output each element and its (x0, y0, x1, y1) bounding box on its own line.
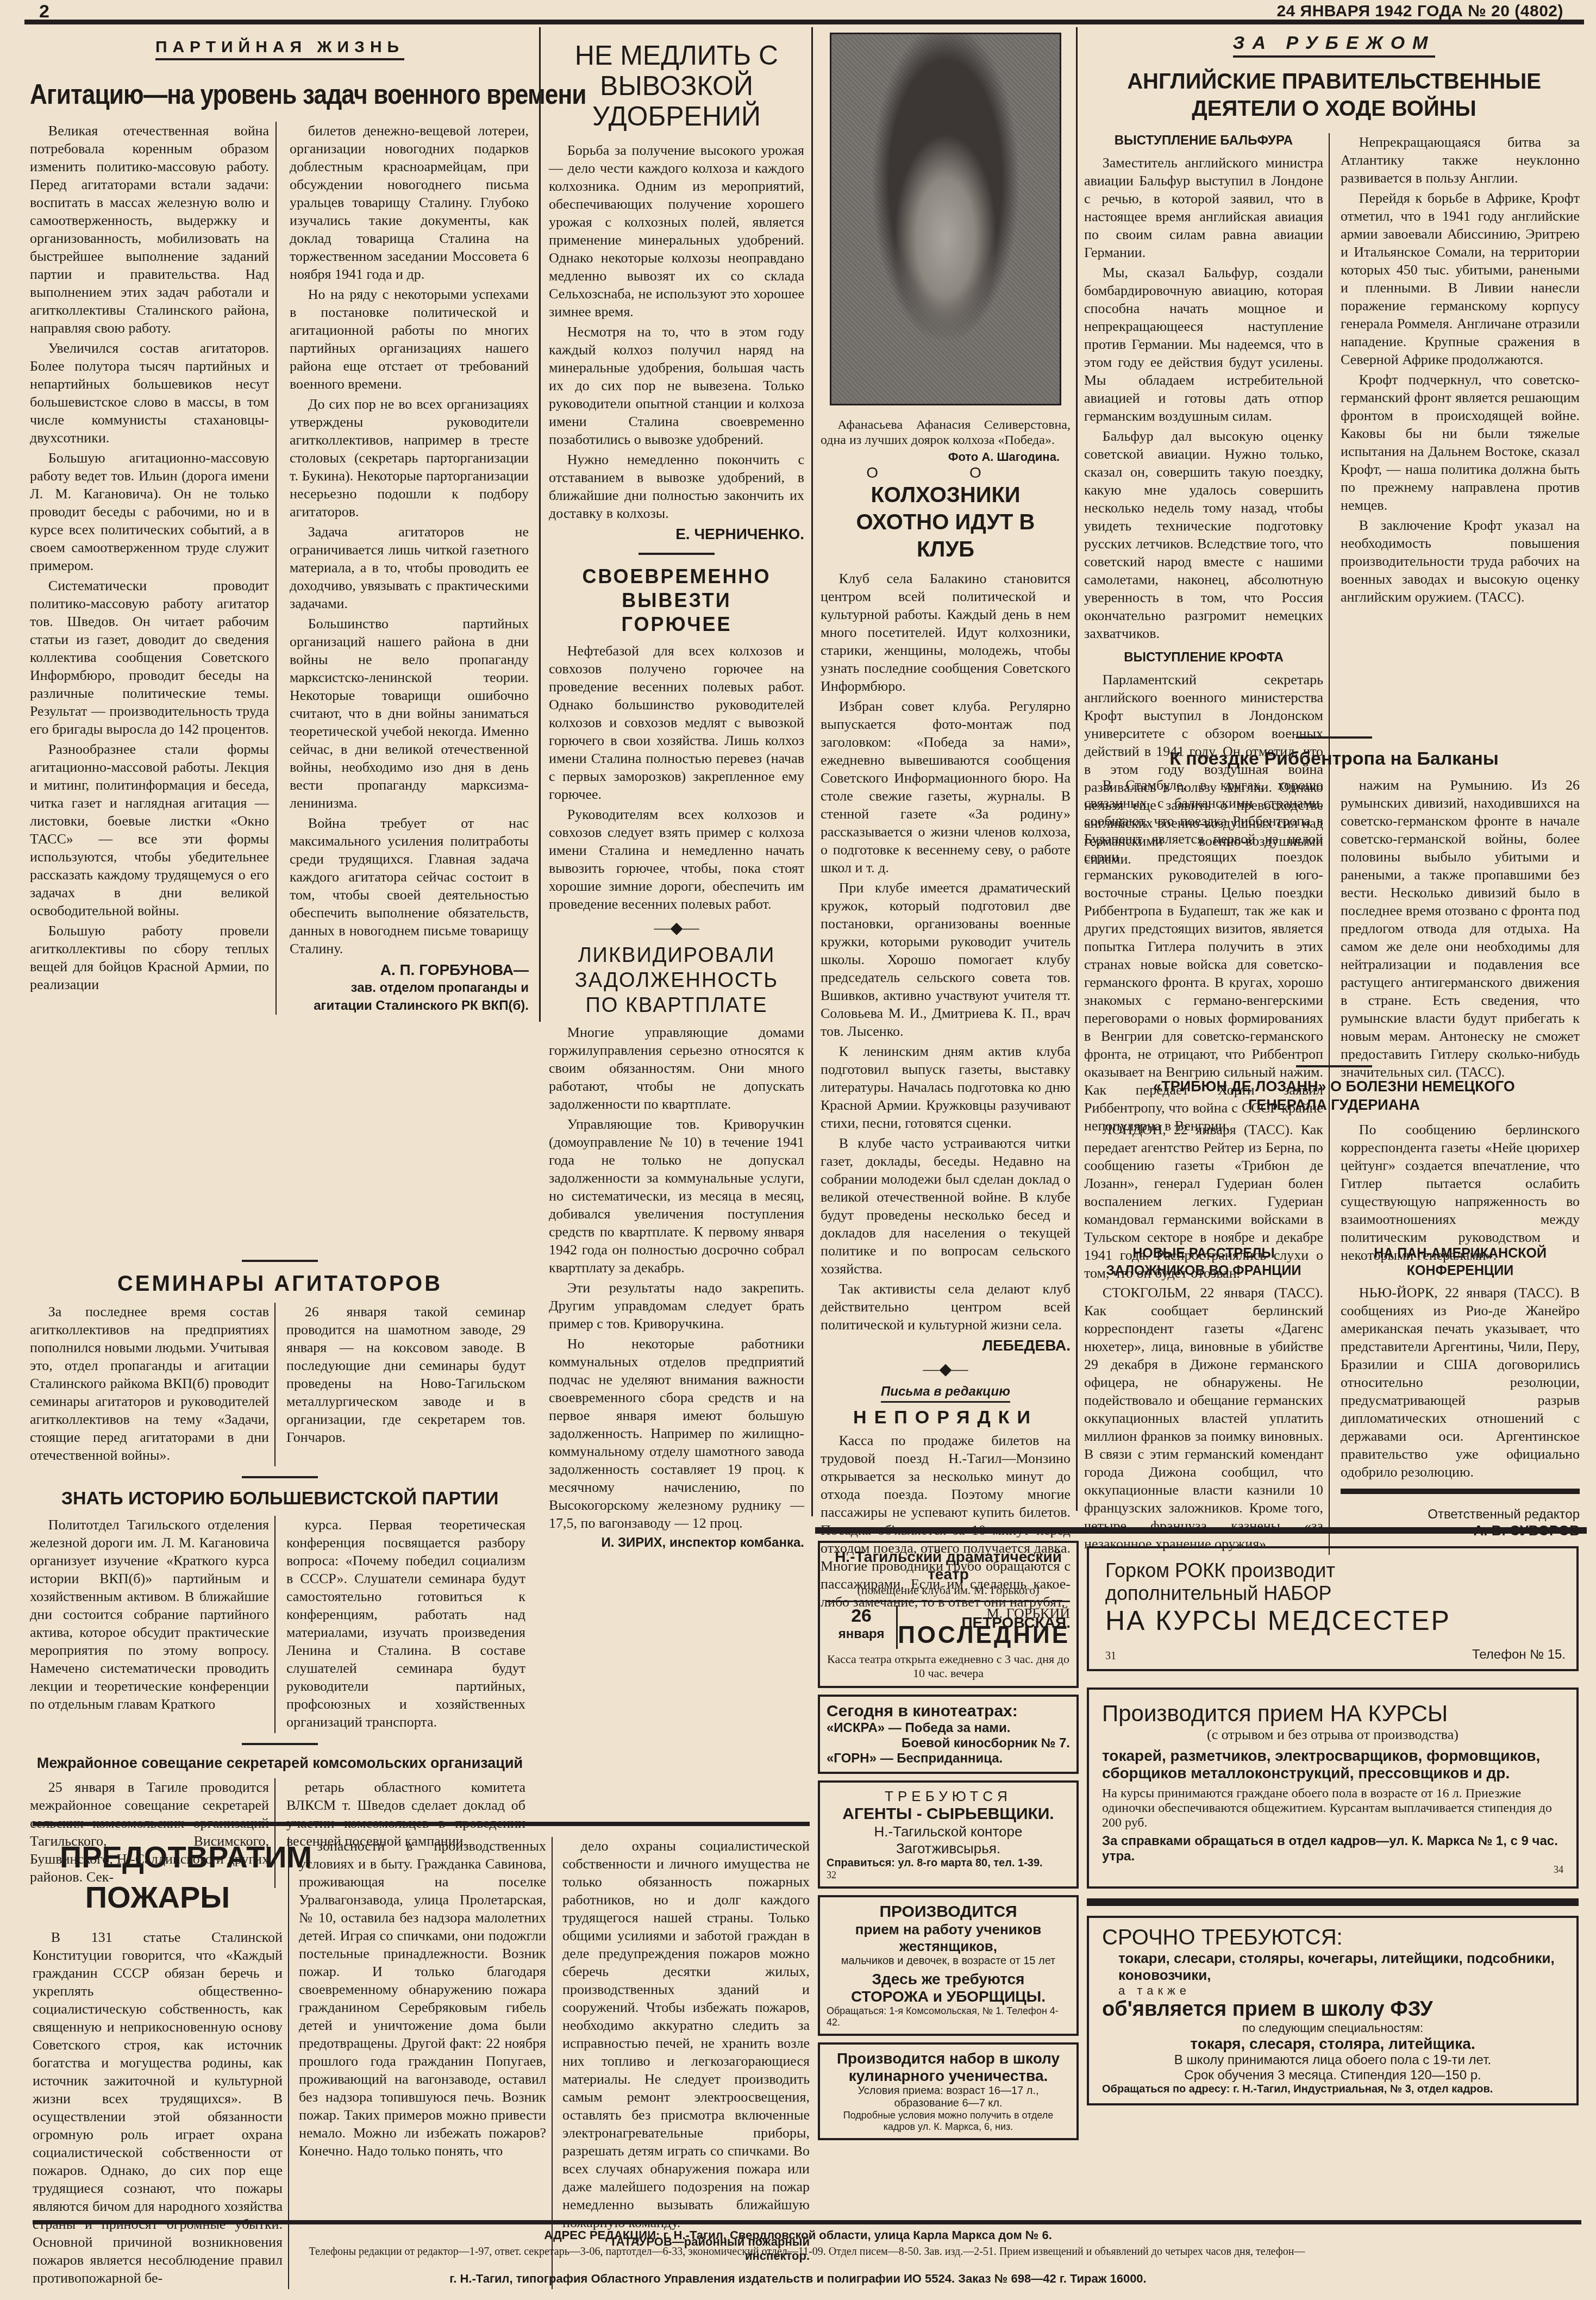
urgent-trades: токари, слесари, столяры, кочегары, лите… (1102, 1950, 1563, 1984)
cinema-line3: «ГОРН» — Бесприданница. (827, 1751, 1070, 1766)
tinsmiths-line2: мальчиков и девочек, в возрасте от 15 ле… (827, 1955, 1070, 1967)
debt-body: Многие управляющие домами горжилуправлен… (549, 1023, 804, 1532)
culinary-title: Производится набор в школу кулинарного у… (827, 2050, 1070, 2085)
tinsmiths-contact: Обращаться: 1-я Комсомольская, № 1. Теле… (827, 2005, 1070, 2028)
ad-nurses: Горком РОКК производит дополнительный НА… (1087, 1546, 1579, 1671)
urgent-title: СРОЧНО ТРЕБУЮТСЯ: (1102, 1926, 1563, 1950)
urgent-age: В школу принимаются лица обоего пола с 1… (1102, 2053, 1563, 2068)
history-col1: Политотдел Тагильского отделения железно… (30, 1516, 269, 1713)
signature-role: зав. отделом пропаганды и агитации Стали… (290, 979, 529, 1015)
urgent-by: по следующим специальностям: (1102, 2021, 1563, 2035)
headline-history: ЗНАТЬ ИСТОРИЮ БОЛЬШЕВИСТСКОЙ ПАРТИИ (30, 1488, 530, 1509)
fires-col3: дело охраны социалистической собственнос… (562, 1837, 810, 2232)
farm-column: НЕ МЕДЛИТЬ С ВЫВОЗКОЙ УДОБРЕНИЙ Борьба з… (549, 33, 804, 1551)
tinsmiths-title: ПРОИЗВОДИТСЯ (827, 1903, 1070, 1921)
party-life-col1: Великая отечественная война потребовала … (30, 122, 277, 1015)
courses-contact: За справками обращаться в отдел кадров—у… (1102, 1834, 1563, 1864)
column-divider (811, 27, 813, 1516)
ad-tinsmiths: ПРОИЗВОДИТСЯ прием на работу учеников же… (818, 1895, 1079, 2036)
ad-courses: Производится прием НА КУРСЫ (с отрывом и… (1087, 1687, 1579, 1889)
nurses-line3: НА КУРСЫ МЕДСЕСТЕР (1105, 1605, 1560, 1636)
party-life-section: ПАРТИЙНАЯ ЖИЗНЬ Агитацию—на уровень зада… (30, 33, 530, 1015)
tinsmiths-line4: СТОРОЖА и УБОРЩИЦЫ. (827, 1988, 1070, 2005)
agents-top: ТРЕБУЮТСЯ (827, 1788, 1070, 1805)
agents-title: АГЕНТЫ - СЫРЬЕВЩИКИ. (827, 1805, 1070, 1823)
ads-top-rule (815, 1527, 1587, 1534)
courses-terms: На курсы принимаются граждане обоего пол… (1102, 1786, 1563, 1830)
ads-left-stack: Н.-Тагильский драматический театр (помещ… (818, 1541, 1079, 2140)
headline-british-leaders: АНГЛИЙСКИЕ ПРАВИТЕЛЬСТВЕННЫЕ ДЕЯТЕЛИ О Х… (1095, 68, 1573, 122)
courses-title: Производится прием НА КУРСЫ (1102, 1701, 1563, 1727)
ad-cinema: Сегодня в кинотеатрах: «ИСКРА» — Победа … (818, 1695, 1079, 1774)
theater-date-month: января (827, 1627, 896, 1642)
editor-label: Ответственный редактор (1341, 1507, 1580, 1522)
panamerican-body: НЬЮ-ЙОРК, 22 января (ТАСС). В сообщениях… (1341, 1284, 1580, 1481)
theater-venue: (помещение клуба им. М. Горького) (827, 1583, 1070, 1597)
culinary-line1: Условия приема: возраст 16—17 л., образо… (827, 2085, 1070, 2110)
rubric-abroad: ЗА РУБЕЖОМ (1233, 33, 1436, 58)
column-divider (539, 27, 541, 1022)
history-col2: курса. Первая теоретическая конференция … (286, 1516, 525, 1731)
club-column: Афанасьева Афанасия Селиверстовна, одна … (821, 33, 1071, 1632)
headline-club: КОЛХОЗНИКИ ОХОТНО ИДУТ В КЛУБ (821, 482, 1071, 563)
party-life-col2: билетов денежно-вещевой лотереи, организ… (290, 122, 529, 1015)
subhead-balfour: ВЫСТУПЛЕНИЕ БАЛЬФУРА (1084, 133, 1323, 148)
footer-address: АДРЕС РЕДАКЦИИ: г. Н.-Тагил, Свердловско… (0, 2228, 1596, 2242)
ribbentrop-col2: нажим на Румынию. Из 26 румынских дивизи… (1341, 776, 1580, 1081)
portrait-photo (830, 33, 1061, 405)
club-body: Клуб села Балакино становится центром вс… (821, 570, 1071, 1334)
ad-culinary: Производится набор в школу кулинарного у… (818, 2042, 1079, 2140)
courses-sub: (с отрывом и без отрыва от производства) (1102, 1727, 1563, 1743)
rubric-party-life: ПАРТИЙНАЯ ЖИЗНЬ (155, 38, 404, 60)
cinema-line1: «ИСКРА» — Победа за нами. (827, 1721, 1070, 1736)
headline-panamerican: НА ПАН-АМЕРИКАНСКОЙ КОНФЕРЕНЦИИ (1341, 1245, 1580, 1279)
urgent-term: Срок обучения 3 месяца. Стипендия 120—15… (1102, 2068, 1563, 2083)
balfour-body: Заместитель английского министра авиации… (1084, 154, 1323, 642)
headline-fertilizer: НЕ МЕДЛИТЬ С ВЫВОЗКОЙ УДОБРЕНИЙ (549, 33, 804, 141)
masthead-rule (24, 20, 1584, 24)
photo-credit: Фото А. Шагодина. (821, 450, 1071, 464)
ad-theater: Н.-Тагильский драматический театр (помещ… (818, 1541, 1079, 1688)
ornament-divider: —◆— (549, 918, 804, 937)
urgent-school: об'является прием в школу ФЗУ (1102, 1998, 1563, 2021)
courses-trades: токарей, разметчиков, электросварщиков, … (1102, 1747, 1563, 1782)
agents-org: Н.-Тагильской конторе Заготживсырья. (827, 1823, 1070, 1857)
footer-phones: Телефоны редакции от редактор—1-97, отве… (33, 2246, 1581, 2258)
culinary-line2: Подробные условия можно получить в отдел… (827, 2110, 1070, 2133)
seminars-col2: 26 января такой семинар проводится на ша… (286, 1303, 525, 1446)
rubric-letters: Письма в редакцию (881, 1384, 1010, 1403)
headline-ribbentrop: К поездке Риббентропа на Балканы (1084, 748, 1584, 770)
hostages-panamerican: НОВЫЕ РАССТРЕЛЫ ЗАЛОЖНИКОВ ВО ФРАНЦИИ СТ… (1084, 1245, 1584, 1555)
theater-title: Н.-Тагильский драматический театр (827, 1548, 1070, 1583)
subhead-croft: ВЫСТУПЛЕНИЕ КРОФТА (1084, 650, 1323, 665)
fuel-body: Нефтебазой для всех колхозов и совхозов … (549, 642, 804, 913)
footer-rule (33, 2220, 1581, 2224)
cinema-line2: Боевой киносборник № 7. (827, 1736, 1070, 1751)
nurses-phone: Телефон № 15. (1472, 1647, 1566, 1662)
ads-right-stack: Горком РОКК производит дополнительный НА… (1087, 1546, 1579, 2105)
headline-komsomol: Межрайонное совещание секретарей комсомо… (30, 1755, 530, 1772)
headline-agitation: Агитацию—на уровень задач военного време… (30, 78, 455, 111)
headline-fuel: СВОЕВРЕМЕННО ВЫВЕЗТИ ГОРЮЧЕЕ (549, 565, 804, 636)
ornament-circles: О О (821, 464, 1071, 482)
column-divider (1076, 27, 1078, 1511)
signature-gorbunova: А. П. ГОРБУНОВА— (290, 961, 529, 979)
ad-agents: ТРЕБУЮТСЯ АГЕНТЫ - СЫРЬЕВЩИКИ. Н.-Тагиль… (818, 1780, 1079, 1889)
theater-hours: Касса театра открыта ежедневно с 3 час. … (827, 1652, 1070, 1680)
seminars-section: СЕМИНАРЫ АГИТАТОРОВ За последнее время с… (30, 1250, 530, 1888)
headline-fires: ПРЕДОТВРАТИМ ПОЖАРЫ (33, 1837, 283, 1928)
fires-top-rule (33, 1822, 810, 1826)
theater-date-day: 26 (827, 1605, 896, 1627)
signature-lebedeva: ЛЕБЕДЕВА. (821, 1337, 1071, 1354)
headline-disorder: НЕПОРЯДКИ (821, 1407, 1071, 1428)
theater-author: М. ГОРЬКИЙ (898, 1605, 1070, 1622)
issue-date-line: 24 ЯНВАРЯ 1942 ГОДА № 20 (4802) (1276, 2, 1563, 21)
urgent-address: Обращаться по адресу: г. Н.-Тагил, Индус… (1102, 2083, 1563, 2096)
signature-zirikh: И. ЗИРИХ, инспектор комбанка. (549, 1535, 804, 1551)
hostages-body: СТОКГОЛЬМ, 22 января (ТАСС). Как сообщае… (1084, 1284, 1323, 1553)
courses-num: 34 (1102, 1864, 1563, 1876)
fertilizer-body: Борьба за получение высокого урожая — де… (549, 141, 804, 522)
headline-guderian: «ТРИБЮН ДЕ ЛОЗАНН» О БОЛЕЗНИ НЕМЕЦКОГО Г… (1084, 1077, 1584, 1114)
nurses-line1: Горком РОКК производит (1105, 1559, 1560, 1582)
signature-chernichenko: Е. ЧЕРНИЧЕНКО. (549, 526, 804, 543)
nurses-line2: дополнительный НАБОР (1105, 1582, 1560, 1605)
headline-seminars: СЕМИНАРЫ АГИТАТОРОВ (30, 1272, 530, 1296)
headline-hostages: НОВЫЕ РАССТРЕЛЫ ЗАЛОЖНИКОВ ВО ФРАНЦИИ (1084, 1245, 1323, 1279)
urgent-specialties: токаря, слесаря, столяра, литейщика. (1102, 2035, 1563, 2053)
footer-printer: г. Н.-Тагил, типография Областного Управ… (0, 2272, 1596, 2286)
agents-num: 32 (827, 1870, 1070, 1881)
cinema-title: Сегодня в кинотеатрах: (827, 1702, 1070, 1721)
nurses-num: 31 (1105, 1650, 1116, 1662)
urgent-also: а также (1102, 1984, 1563, 1998)
headline-debt: ЛИКВИДИРОВАЛИ ЗАДОЛЖЕННОСТЬ ПО КВАРТПЛАТ… (549, 943, 804, 1018)
tinsmiths-line3: Здесь же требуются (827, 1971, 1070, 1988)
tinsmiths-line1: прием на работу учеников жестянщиков, (827, 1921, 1070, 1955)
guderian-col2: По сообщению берлинского корреспондента … (1341, 1121, 1580, 1264)
photo-caption: Афанасьева Афанасия Селиверстовна, одна … (821, 417, 1071, 448)
agents-contact: Справиться: ул. 8-го марта 80, тел. 1-39… (827, 1857, 1070, 1870)
theater-play: ПОСЛЕДНИЕ (898, 1622, 1070, 1649)
ad-urgent: СРОЧНО ТРЕБУЮТСЯ: токари, слесари, столя… (1087, 1916, 1579, 2105)
seminars-col1: За последнее время состав агитколлективо… (30, 1303, 269, 1464)
